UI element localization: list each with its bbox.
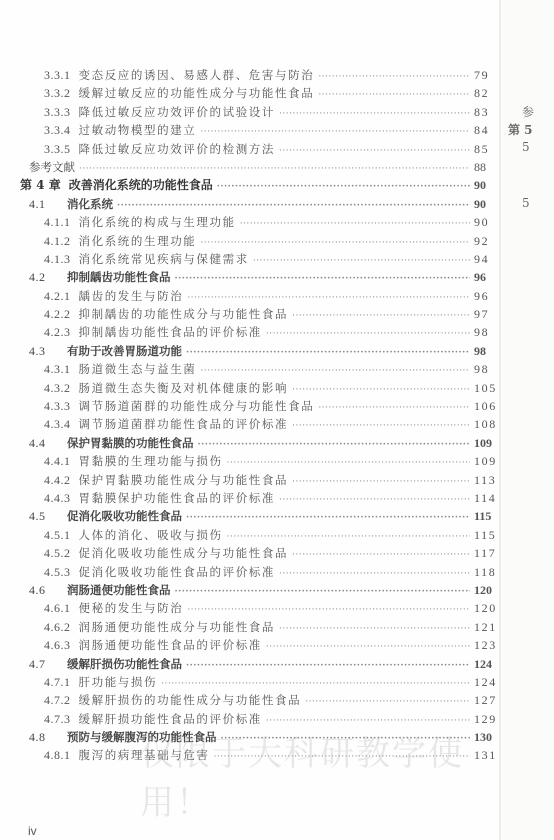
toc-entry-page: 90 [474, 195, 500, 213]
toc-entry-page: 98 [474, 323, 500, 341]
toc-page-left: 3.3.1变态反应的诱因、易感人群、危害与防治793.3.2缓解过敏反应的功能性… [0, 0, 500, 840]
toc-entry-number: 4.5.3 [44, 563, 71, 581]
toc-entry-title: 消化系统 [67, 195, 113, 213]
toc-entry[interactable]: 4.3有助于改善胃肠道功能98 [0, 342, 500, 360]
toc-entry-number: 3.3.5 [44, 140, 71, 158]
toc-entry-title: 有助于改善胃肠道功能 [67, 342, 182, 360]
toc-entry-page: 130 [474, 728, 500, 746]
toc-entry[interactable]: 4.4.1胃黏膜的生理功能与损伤109 [0, 452, 500, 470]
toc-entry[interactable]: 4.1.2消化系统的生理功能92 [0, 232, 500, 250]
toc-entry-title: 抑制龋齿功能性食品的评价标准 [79, 323, 262, 341]
right-page-fragment: 5 [522, 196, 530, 210]
toc-entry[interactable]: 4.2.3抑制龋齿功能性食品的评价标准98 [0, 323, 500, 341]
toc-entry-page: 82 [474, 84, 500, 102]
toc-entry-page: 98 [474, 342, 500, 360]
toc-entry[interactable]: 4.6.1便秘的发生与防治120 [0, 599, 500, 617]
toc-entry-page: 105 [474, 379, 500, 397]
toc-entry-title: 过敏动物模型的建立 [79, 121, 197, 139]
table-of-contents: 3.3.1变态反应的诱因、易感人群、危害与防治793.3.2缓解过敏反应的功能性… [0, 66, 500, 765]
toc-entry-page: 94 [474, 250, 500, 268]
right-page-fragment: 参 [522, 103, 534, 120]
toc-entry[interactable]: 4.3.1肠道微生态与益生菌98 [0, 360, 500, 378]
toc-entry-number: 4.7.3 [44, 710, 71, 728]
toc-entry[interactable]: 4.6.2润肠通便功能性成分与功能性食品121 [0, 618, 500, 636]
toc-entry-page: 131 [474, 746, 500, 764]
toc-entry-title: 预防与缓解腹泻的功能性食品 [67, 728, 217, 746]
toc-entry-title: 降低过敏反应功效评价的检测方法 [79, 140, 276, 158]
toc-entry-number: 4.2.1 [44, 287, 71, 305]
toc-entry-page: 123 [474, 636, 500, 654]
toc-entry-number: 4.4.2 [44, 471, 71, 489]
toc-entry-number: 4.4 [29, 434, 59, 452]
toc-entry-number: 4.3.1 [44, 360, 71, 378]
toc-entry-title: 润肠通便功能性成分与功能性食品 [79, 618, 276, 636]
toc-entry-page: 120 [474, 599, 500, 617]
toc-entry-page: 96 [474, 287, 500, 305]
toc-entry-page: 108 [474, 415, 500, 433]
toc-entry-title: 促消化吸收功能性食品的评价标准 [79, 563, 276, 581]
toc-entry-number: 4.4.1 [44, 452, 71, 470]
toc-entry-title: 消化系统的构成与生理功能 [79, 213, 236, 231]
toc-entry-title: 龋齿的发生与防治 [79, 287, 184, 305]
toc-entry[interactable]: 4.7.3缓解肝损功能性食品的评价标准129 [0, 710, 500, 728]
toc-entry[interactable]: 4.3.3调节肠道菌群的功能性成分与功能性食品106 [0, 397, 500, 415]
toc-entry-page: 117 [474, 544, 500, 562]
toc-entry-page: 90 [474, 213, 500, 231]
toc-entry[interactable]: 4.3.2肠道微生态失衡及对机体健康的影响105 [0, 379, 500, 397]
toc-entry-number: 4.6.2 [44, 618, 71, 636]
toc-entry-title: 润肠通便功能性食品 [67, 581, 171, 599]
toc-entry-title: 缓解肝损伤的功能性成分与功能性食品 [79, 691, 302, 709]
toc-entry-title: 调节肠道菌群功能性食品的评价标准 [79, 415, 289, 433]
toc-entry-number: 3.3.2 [44, 84, 71, 102]
toc-entry[interactable]: 4.6.3润肠通便功能性食品的评价标准123 [0, 636, 500, 654]
toc-entry-page: 109 [474, 434, 500, 452]
toc-entry-number: 4.2.2 [44, 305, 71, 323]
toc-entry-number: 第 4 章 [20, 176, 61, 194]
toc-entry-title: 人体的消化、吸收与损伤 [79, 526, 223, 544]
toc-entry[interactable]: 4.7缓解肝损伤功能性食品124 [0, 655, 500, 673]
toc-entry-title: 促消化吸收功能性成分与功能性食品 [79, 544, 289, 562]
toc-entry-title: 调节肠道菌群的功能性成分与功能性食品 [79, 397, 315, 415]
toc-entry-title: 润肠通便功能性食品的评价标准 [79, 636, 262, 654]
toc-entry-title: 缓解肝损伤功能性食品 [67, 655, 182, 673]
toc-entry-number: 3.3.3 [44, 103, 71, 121]
toc-entry-page: 124 [474, 655, 500, 673]
toc-entry[interactable]: 4.4.2保护胃黏膜功能性成分与功能性食品113 [0, 471, 500, 489]
toc-entry-number: 4.6.1 [44, 599, 71, 617]
toc-entry-page: 115 [474, 507, 500, 525]
toc-entry-number: 4.8 [29, 728, 59, 746]
toc-entry[interactable]: 3.3.1变态反应的诱因、易感人群、危害与防治79 [0, 66, 500, 84]
toc-entry-title: 缓解肝损功能性食品的评价标准 [79, 710, 262, 728]
toc-entry-page: 129 [474, 710, 500, 728]
toc-entry-page: 109 [474, 452, 500, 470]
toc-entry-title: 降低过敏反应功效评价的试验设计 [79, 103, 276, 121]
toc-entry[interactable]: 4.1.3消化系统常见疾病与保健需求94 [0, 250, 500, 268]
toc-entry-page: 96 [474, 268, 500, 286]
toc-entry-number: 4.7.1 [44, 673, 71, 691]
toc-entry-title: 肝功能与损伤 [79, 673, 158, 691]
toc-entry-title: 抑制龋齿的功能性成分与功能性食品 [79, 305, 289, 323]
toc-entry-number: 4.3.3 [44, 397, 71, 415]
toc-entry-page: 97 [474, 305, 500, 323]
toc-entry[interactable]: 3.3.2缓解过敏反应的功能性成分与功能性食品82 [0, 84, 500, 102]
toc-entry-page: 84 [474, 121, 500, 139]
toc-entry-title: 消化系统常见疾病与保健需求 [79, 250, 249, 268]
toc-entry-number: 4.5 [29, 507, 59, 525]
toc-entry-page: 120 [474, 581, 500, 599]
toc-entry[interactable]: 4.5.1人体的消化、吸收与损伤115 [0, 526, 500, 544]
toc-entry-title: 保护胃黏膜的功能性食品 [67, 434, 194, 452]
toc-entry-number: 4.1 [29, 195, 59, 213]
toc-entry-number: 4.1.1 [44, 213, 71, 231]
toc-entry[interactable]: 4.5.2促消化吸收功能性成分与功能性食品117 [0, 544, 500, 562]
toc-entry-number: 4.5.1 [44, 526, 71, 544]
toc-entry-page: 106 [474, 397, 500, 415]
dot-leader [214, 748, 471, 766]
toc-entry[interactable]: 3.3.3降低过敏反应功效评价的试验设计83 [0, 103, 500, 121]
toc-entry[interactable]: 4.7.1肝功能与损伤124 [0, 673, 500, 691]
toc-entry-page: 124 [474, 673, 500, 691]
toc-entry[interactable]: 4.2.1龋齿的发生与防治96 [0, 287, 500, 305]
toc-entry-page: 114 [474, 489, 500, 507]
toc-entry-title: 便秘的发生与防治 [79, 599, 184, 617]
toc-entry[interactable]: 4.1消化系统90 [0, 195, 500, 213]
toc-entry-page: 88 [474, 158, 500, 176]
toc-entry-title: 促消化吸收功能性食品 [67, 507, 182, 525]
toc-entry-number: 4.7 [29, 655, 59, 673]
toc-entry-number: 4.5.2 [44, 544, 71, 562]
toc-entry-number: 4.2 [29, 268, 59, 286]
toc-entry-page: 83 [474, 103, 500, 121]
right-page-fragment: 5 [522, 140, 530, 154]
toc-entry[interactable]: 3.3.5降低过敏反应功效评价的检测方法85 [0, 140, 500, 158]
toc-entry-page: 85 [474, 140, 500, 158]
toc-entry[interactable]: 3.3.4过敏动物模型的建立84 [0, 121, 500, 139]
toc-entry[interactable]: 4.2抑制龋齿功能性食品96 [0, 268, 500, 286]
toc-entry-number: 4.4.3 [44, 489, 71, 507]
toc-entry-title: 腹泻的病理基础与危害 [79, 746, 210, 764]
toc-entry-number: 4.7.2 [44, 691, 71, 709]
toc-entry-page: 90 [474, 176, 500, 194]
toc-entry-title: 变态反应的诱因、易感人群、危害与防治 [79, 66, 315, 84]
toc-entry-page: 113 [474, 471, 500, 489]
toc-entry-number: 3.3.4 [44, 121, 71, 139]
toc-entry[interactable]: 4.3.4调节肠道菌群功能性食品的评价标准108 [0, 415, 500, 433]
toc-entry-title: 消化系统的生理功能 [79, 232, 197, 250]
toc-entry-title: 肠道微生态失衡及对机体健康的影响 [79, 379, 289, 397]
toc-entry-number: 4.6 [29, 581, 59, 599]
toc-entry-page: 115 [474, 526, 500, 544]
toc-entry-number: 4.1.3 [44, 250, 71, 268]
toc-entry[interactable]: 4.5.3促消化吸收功能性食品的评价标准118 [0, 563, 500, 581]
toc-entry-page: 98 [474, 360, 500, 378]
toc-entry-title: 胃黏膜保护功能性食品的评价标准 [79, 489, 276, 507]
toc-entry-number: 4.2.3 [44, 323, 71, 341]
toc-entry[interactable]: 4.5促消化吸收功能性食品115 [0, 507, 500, 525]
toc-entry[interactable]: 4.8预防与缓解腹泻的功能性食品130 [0, 728, 500, 746]
toc-entry-number: 4.3.2 [44, 379, 71, 397]
toc-entry-page: 92 [474, 232, 500, 250]
toc-entry-title: 保护胃黏膜功能性成分与功能性食品 [79, 471, 289, 489]
toc-entry[interactable]: 4.7.2缓解肝损伤的功能性成分与功能性食品127 [0, 691, 500, 709]
toc-entry-number: 4.3 [29, 342, 59, 360]
toc-entry-page: 118 [474, 563, 500, 581]
toc-entry-page: 121 [474, 618, 500, 636]
toc-entry[interactable]: 参考文献88 [0, 158, 500, 176]
toc-entry-title: 胃黏膜的生理功能与损伤 [79, 452, 223, 470]
toc-entry-number: 3.3.1 [44, 66, 71, 84]
toc-page-right-edge: 参第 555 [501, 0, 554, 840]
toc-entry-title: 改善消化系统的功能性食品 [69, 176, 213, 194]
toc-entry-number: 4.1.2 [44, 232, 71, 250]
toc-entry[interactable]: 4.4保护胃黏膜的功能性食品109 [0, 434, 500, 452]
toc-entry-page: 127 [474, 691, 500, 709]
toc-entry-title: 肠道微生态与益生菌 [79, 360, 197, 378]
toc-entry-title: 抑制龋齿功能性食品 [67, 268, 171, 286]
toc-entry-page: 79 [474, 66, 500, 84]
toc-entry[interactable]: 4.4.3胃黏膜保护功能性食品的评价标准114 [0, 489, 500, 507]
toc-entry[interactable]: 4.1.1消化系统的构成与生理功能90 [0, 213, 500, 231]
toc-entry-number: 4.6.3 [44, 636, 71, 654]
toc-entry[interactable]: 4.2.2抑制龋齿的功能性成分与功能性食品97 [0, 305, 500, 323]
toc-entry[interactable]: 第 4 章改善消化系统的功能性食品90 [0, 176, 500, 194]
toc-entry[interactable]: 4.8.1腹泻的病理基础与危害131 [0, 746, 500, 764]
toc-entry-number: 4.8.1 [44, 746, 71, 764]
page-number: iv [28, 824, 37, 838]
toc-entry-number: 4.3.4 [44, 415, 71, 433]
toc-entry-title: 缓解过敏反应的功能性成分与功能性食品 [79, 84, 315, 102]
toc-entry-title: 参考文献 [29, 158, 75, 176]
toc-entry[interactable]: 4.6润肠通便功能性食品120 [0, 581, 500, 599]
right-page-fragment: 第 5 [508, 121, 533, 138]
